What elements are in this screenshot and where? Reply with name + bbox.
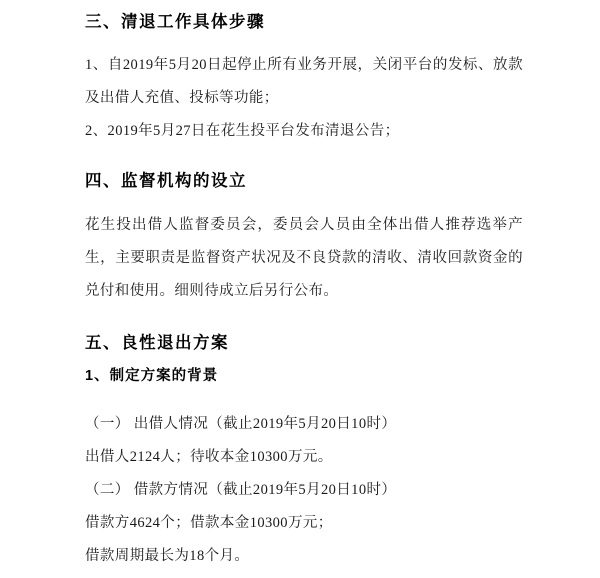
- paragraph-borrower-period: 借款周期最长为18个月。: [85, 540, 523, 573]
- paragraph-supervision-committee: 花生投出借人监督委员会，委员会人员由全体出借人推荐选举产生，主要职责是监督资产状…: [85, 209, 523, 308]
- paragraph-borrower-stats: 借款方4624个；借款本金10300万元；: [85, 507, 523, 540]
- subheading-plan-background: 1、制定方案的背景: [85, 365, 523, 387]
- paragraph-lender-title: （一） 出借人情况（截止2019年5月20日10时）: [85, 408, 523, 441]
- paragraph-borrower-title: （二） 借款方情况（截止2019年5月20日10时）: [85, 474, 523, 507]
- paragraph-lender-stats: 出借人2124人；待收本金10300万元。: [85, 441, 523, 474]
- paragraph-stop-business: 1、自2019年5月20日起停止所有业务开展，关闭平台的发标、放款及出借人充值、…: [85, 49, 523, 115]
- section-heading-exit-plan: 五、良性退出方案: [85, 332, 523, 354]
- document-page: 三、清退工作具体步骤 1、自2019年5月20日起停止所有业务开展，关闭平台的发…: [0, 0, 600, 578]
- paragraph-announcement-date: 2、2019年5月27日在花生投平台发布清退公告；: [85, 115, 523, 148]
- section-heading-supervision: 四、监督机构的设立: [85, 170, 523, 192]
- section-heading-cleanup-steps: 三、清退工作具体步骤: [85, 11, 523, 33]
